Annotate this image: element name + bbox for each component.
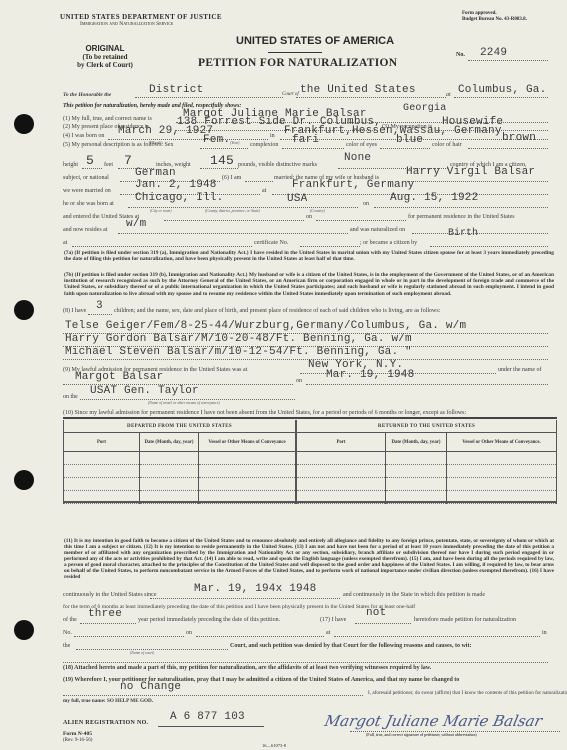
print-code: 16—61073-8 — [262, 743, 286, 748]
col-port: Port — [64, 433, 140, 452]
table-row — [64, 465, 557, 478]
nationality: German — [135, 167, 176, 179]
became-citizen-by: Birth — [448, 228, 478, 239]
admission-name: Margot Balsar — [75, 371, 163, 383]
absence-table: DEPARTED FROM THE UNITED STATES RETURNED… — [63, 420, 557, 504]
continuous-since: Mar. 19, 194x 1948 — [194, 583, 316, 595]
copy-note-2: by Clerk of Court) — [63, 61, 147, 69]
child-entry-3: Michael Steven Balsar/m/10-12-54/Ft. Ben… — [65, 346, 412, 358]
page-title: PETITION FOR NATURALIZATION — [198, 57, 397, 69]
state-handwritten: Georgia — [403, 103, 446, 114]
naturalization-petition-page: UNITED STATES DEPARTMENT OF JUSTICE Immi… — [0, 0, 567, 750]
section-10: (10) Since my lawful admission for perma… — [63, 410, 466, 416]
distinctive-marks: None — [344, 152, 371, 164]
number-label: No. — [456, 52, 465, 58]
child-entry-2: Harry Gordon Balsar/M/10-20-48/Ft. Benni… — [65, 333, 412, 345]
period-years: three — [88, 608, 122, 620]
name-change: no Change — [120, 681, 181, 693]
col-port: Port — [296, 433, 386, 452]
to-label: To the Honorable the — [63, 92, 111, 98]
petition-number: 2249 — [480, 47, 507, 59]
admission-date: Mar. 19, 1948 — [326, 369, 414, 381]
col-date: Date (Month, day, year) — [386, 433, 447, 452]
punch-hole — [14, 114, 34, 134]
height-feet: 5 — [86, 153, 94, 168]
country-heading: UNITED STATES OF AMERICA — [236, 35, 394, 47]
alien-registration-number: A 6 877 103 — [170, 711, 245, 723]
sex: Fem. — [203, 134, 230, 146]
punch-hole — [14, 300, 34, 320]
spouse-name: Harry Virgil Balsar — [406, 166, 535, 178]
section-18: (18) Attached hereto and made a part of … — [63, 665, 431, 671]
section-7a: (7a) (If petition is filed under section… — [64, 250, 554, 262]
spouse-birthplace: Chicago, Ill. — [135, 192, 223, 204]
section-7b: (7b) (If petition is filed under section… — [64, 272, 554, 297]
form-revision: (Rev. 9-16-56) — [63, 738, 92, 743]
sections-11-16: (11) It is my intention in good faith to… — [64, 538, 554, 580]
spouse-birth-country: USA — [287, 193, 307, 205]
marriage-date: Jan. 2, 1948 — [135, 179, 217, 191]
table-row — [64, 452, 557, 465]
prior-petition: not — [366, 607, 386, 619]
height-inches: 7 — [124, 153, 132, 168]
budget-bureau: Budget Bureau No. 43-R083.8. — [462, 17, 527, 22]
col-date: Date (Month, day, year) — [140, 433, 199, 452]
returned-header: RETURNED TO THE UNITED STATES — [296, 420, 557, 433]
court-location: Columbus, Ga. — [458, 84, 546, 96]
form-number: Form N-405 — [63, 731, 92, 737]
copy-note-1: (To be retained — [63, 53, 147, 61]
birth-date: March 29, 1927 — [118, 125, 213, 137]
petitioner-signature: Margot Juliane Marie Balsar — [323, 712, 544, 730]
table-row — [64, 478, 557, 491]
hair-color: brown — [502, 132, 536, 144]
child-entry-1: Telse Geiger/Fem/8-25-44/Wurzburg,German… — [65, 320, 466, 332]
form-approved: Form approved. — [462, 11, 497, 16]
oath-text: my full, true name: SO HELP ME GOD. — [63, 698, 153, 704]
service-name: Immigration and Naturalization Service — [80, 21, 173, 27]
court-of: the United States — [300, 84, 416, 96]
signature-caption: (Full, true, and correct signature of pe… — [366, 733, 477, 737]
marriage-place: Frankfurt, Germany — [292, 179, 414, 191]
weight: 145 — [210, 153, 234, 168]
vessel-name: USAT Gen. Taylor — [90, 385, 199, 397]
heading-rule — [268, 52, 322, 53]
children-count: 3 — [96, 300, 103, 312]
alien-registration-label: ALIEN REGISTRATION NO. — [63, 720, 148, 726]
col-vessel: Vessel or Other Means of Conveyance. — [447, 433, 557, 452]
court-type: District — [149, 84, 203, 96]
punch-hole — [14, 620, 34, 640]
departed-header: DEPARTED FROM THE UNITED STATES — [64, 420, 297, 433]
department-name: UNITED STATES DEPARTMENT OF JUSTICE — [60, 13, 222, 21]
punch-hole — [14, 470, 34, 490]
eye-color: blue — [396, 134, 423, 146]
complexion: fari — [292, 134, 319, 146]
spouse-birth-date: Aug. 15, 1922 — [390, 192, 478, 204]
resides-at: w/m — [126, 218, 146, 230]
col-vessel: Vessel or Other Means of Conveyance — [199, 433, 297, 452]
copy-label: ORIGINAL — [75, 44, 135, 53]
